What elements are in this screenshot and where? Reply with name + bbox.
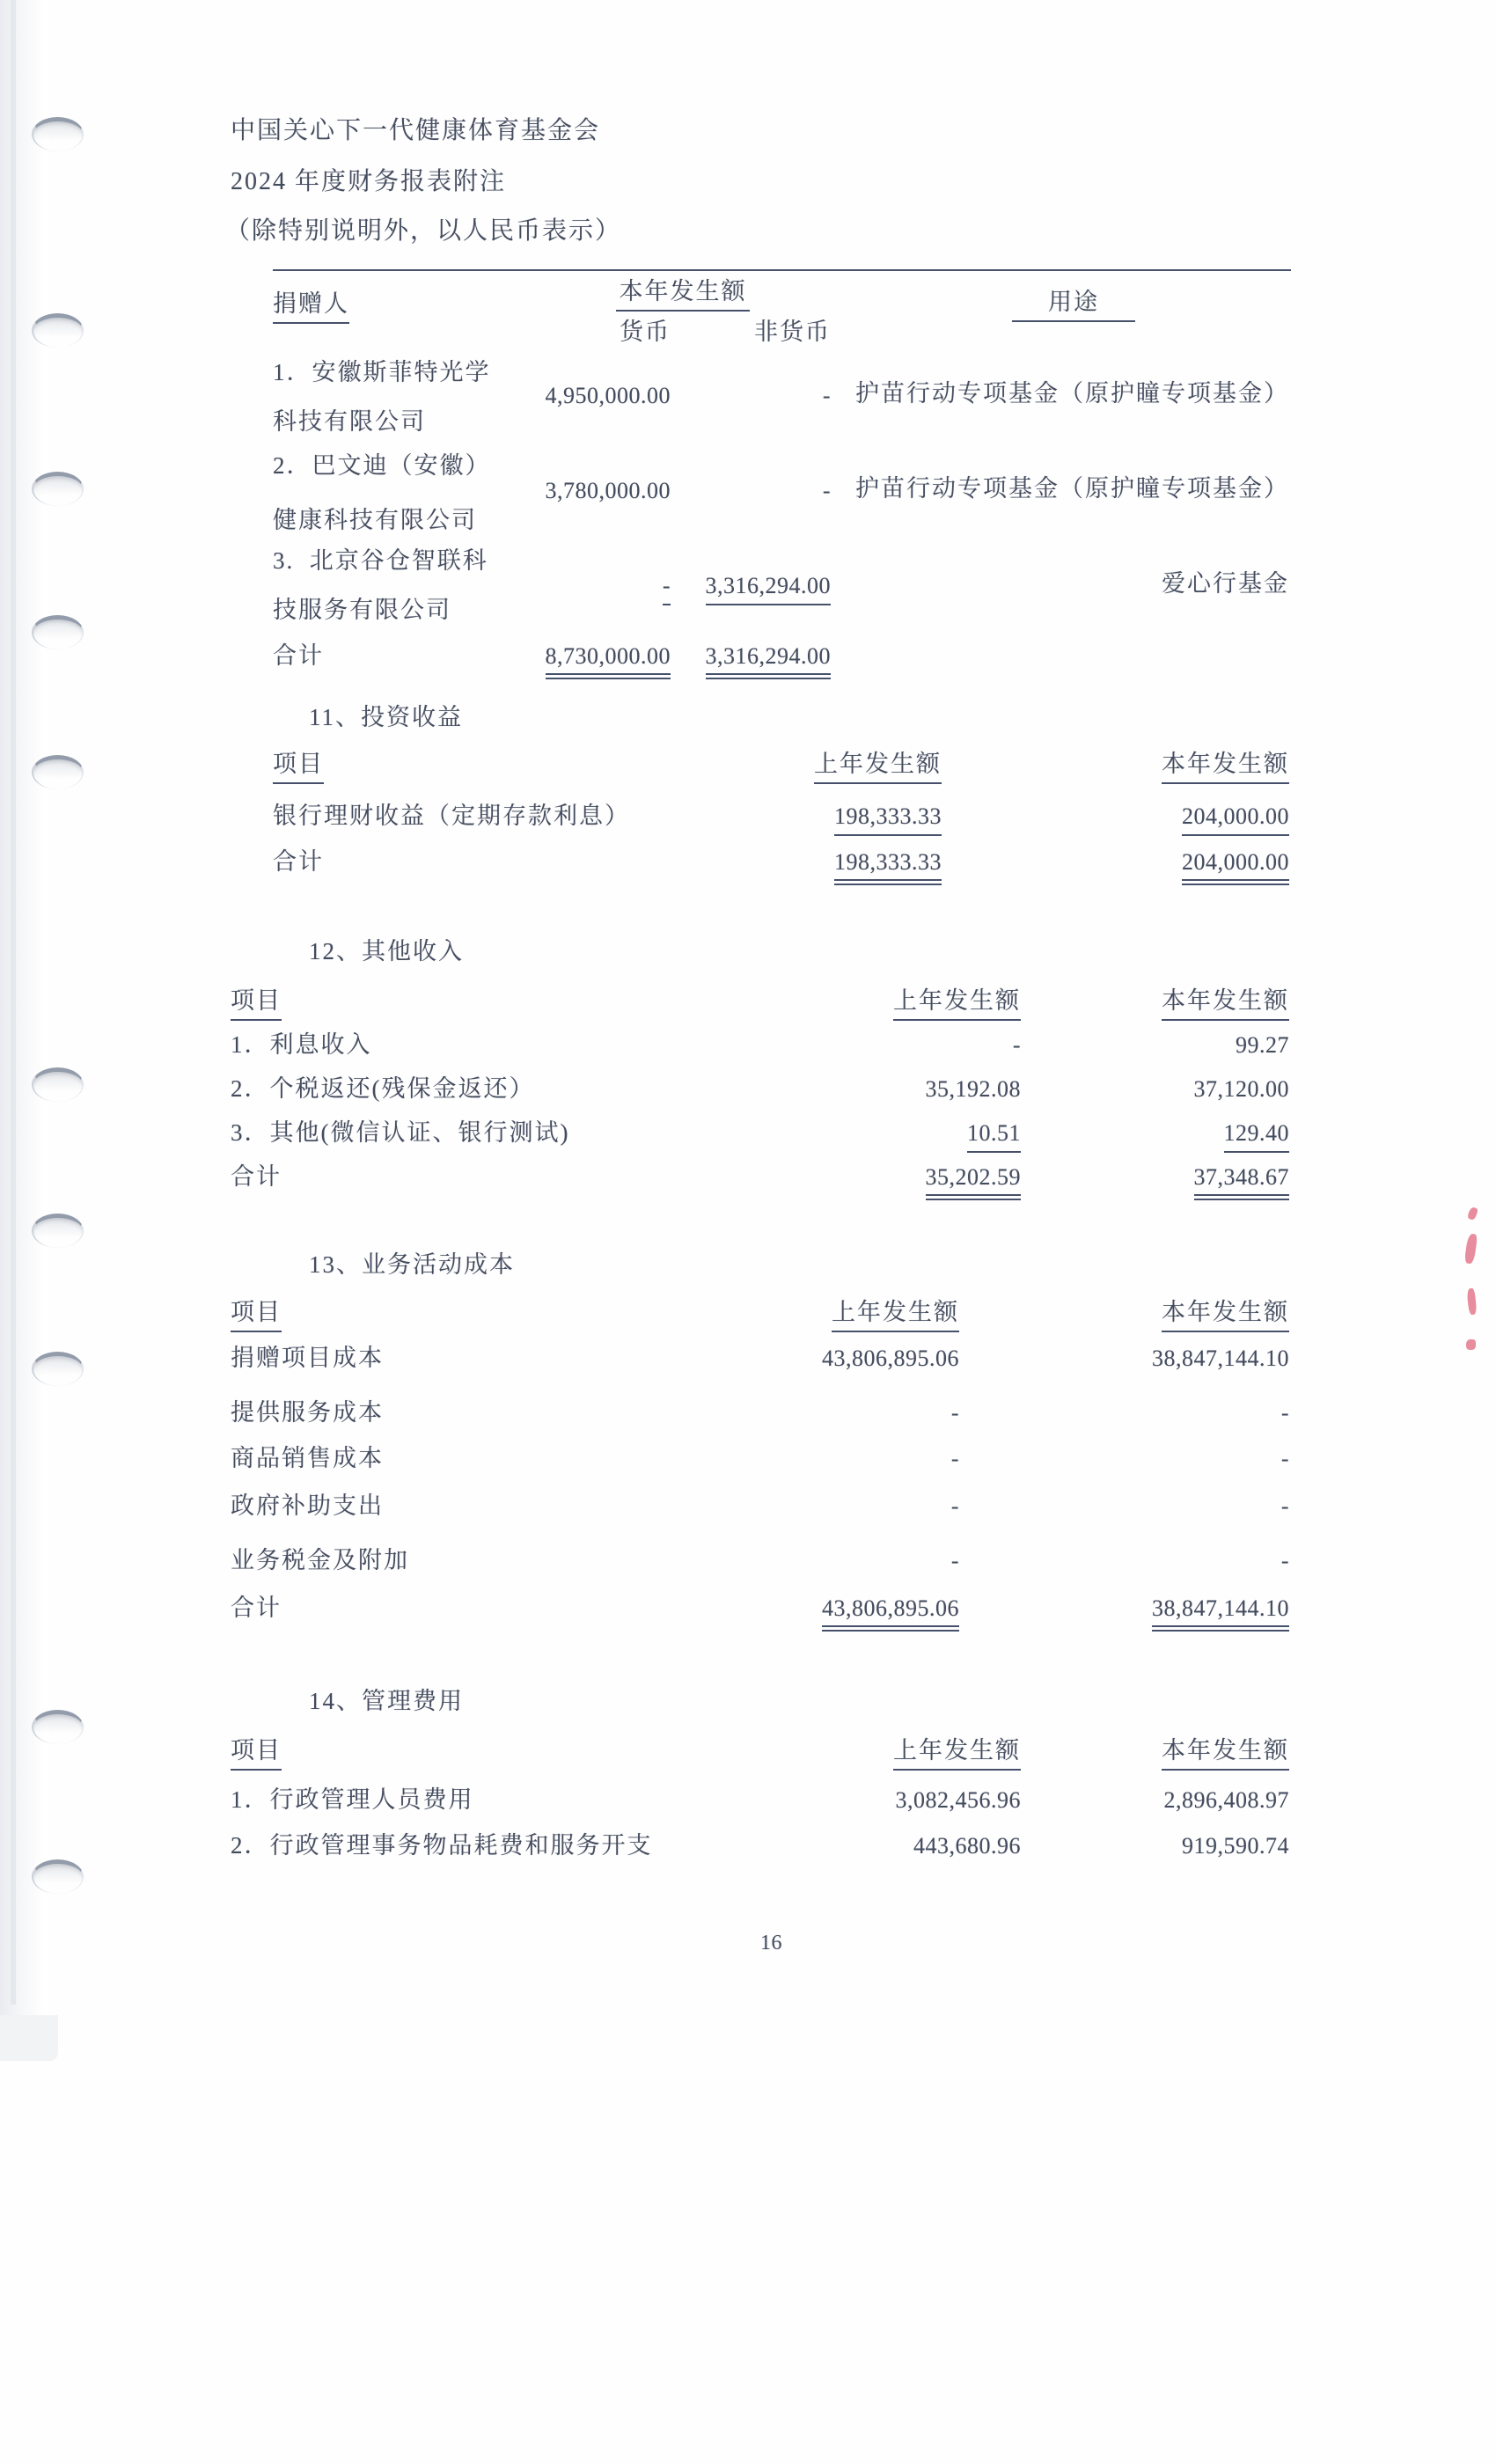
total-curr: 37,348.67 xyxy=(1194,1163,1290,1196)
red-stamp-fragment xyxy=(1467,1206,1478,1221)
row-curr: 204,000.00 xyxy=(1182,803,1289,836)
donor-total-label: 合计 xyxy=(273,641,324,671)
red-stamp-fragment xyxy=(1466,1288,1477,1316)
row-prev: - xyxy=(951,1492,959,1521)
row-curr: 38,847,144.10 xyxy=(1152,1345,1289,1373)
donor-name-line2: 科技有限公司 xyxy=(273,407,426,436)
col-noncash: 非货币 xyxy=(754,317,831,347)
col-prev-year: 上年发生额 xyxy=(893,1735,1021,1771)
row-prev: 198,333.33 xyxy=(834,803,942,836)
row-curr: - xyxy=(1281,1547,1289,1575)
row-prev: 3,082,456.96 xyxy=(896,1786,1022,1815)
total-label: 合计 xyxy=(231,1593,282,1623)
total-curr: 204,000.00 xyxy=(1182,848,1289,881)
col-item: 项目 xyxy=(231,1735,282,1771)
report-title: 2024 年度财务报表附注 xyxy=(231,167,506,197)
row-prev: 443,680.96 xyxy=(913,1832,1021,1860)
row-label: 3．其他(微信认证、银行测试) xyxy=(231,1118,569,1148)
binding-hole xyxy=(32,472,84,506)
total-prev: 35,202.59 xyxy=(926,1163,1022,1196)
row-label: 商品销售成本 xyxy=(231,1443,384,1473)
scanned-page: 中国关心下一代健康体育基金会 2024 年度财务报表附注 （除特别说明外，以人民… xyxy=(0,0,1496,2464)
donor-noncash: - xyxy=(823,382,831,410)
row-label: 政府补助支出 xyxy=(231,1491,384,1521)
binding-hole xyxy=(32,615,84,649)
donor-purpose: 爱心行基金 xyxy=(1162,568,1289,598)
row-label: 捐赠项目成本 xyxy=(231,1343,384,1373)
donor-name-line1: 2．巴文迪（安徽） xyxy=(273,451,491,480)
donor-purpose: 护苗行动专项基金（原护瞳专项基金） xyxy=(855,473,1289,503)
row-curr: 2,896,408.97 xyxy=(1164,1786,1290,1815)
col-current-year: 本年发生额 xyxy=(616,276,750,312)
donor-total-cash: 8,730,000.00 xyxy=(546,642,671,675)
binding-hole xyxy=(32,1214,84,1248)
total-label: 合计 xyxy=(273,847,324,876)
col-item: 项目 xyxy=(231,986,282,1021)
row-label: 业务税金及附加 xyxy=(231,1545,409,1575)
binding-hole xyxy=(32,117,84,151)
donor-name-line1: 1．安徽斯菲特光学 xyxy=(273,357,491,387)
binding-hole xyxy=(32,313,84,348)
page-corner-shadow xyxy=(0,2015,58,2061)
section-heading: 14、管理费用 xyxy=(309,1686,464,1716)
donor-noncash: 3,316,294.00 xyxy=(706,572,832,605)
red-stamp-fragment xyxy=(1464,1233,1478,1264)
donor-cash: 4,950,000.00 xyxy=(546,382,671,410)
total-prev: 198,333.33 xyxy=(834,848,942,881)
org-name: 中国关心下一代健康体育基金会 xyxy=(231,116,600,146)
donor-noncash: - xyxy=(823,477,831,505)
col-item: 项目 xyxy=(273,749,324,784)
col-curr-year: 本年发生额 xyxy=(1162,986,1289,1021)
red-stamp-fragment xyxy=(1466,1339,1476,1350)
section-heading: 12、其他收入 xyxy=(309,936,464,966)
row-prev: 10.51 xyxy=(967,1119,1021,1153)
binding-hole xyxy=(32,1352,84,1386)
currency-note: （除特别说明外，以人民币表示） xyxy=(225,216,621,246)
row-curr: - xyxy=(1281,1492,1289,1521)
row-prev: - xyxy=(951,1547,959,1575)
row-curr: 129.40 xyxy=(1224,1119,1290,1153)
row-prev: - xyxy=(951,1399,959,1427)
row-curr: - xyxy=(1281,1445,1289,1473)
total-label: 合计 xyxy=(231,1162,282,1192)
binding-hole xyxy=(32,755,84,789)
binding-hole xyxy=(32,1859,84,1894)
col-purpose: 用途 xyxy=(1012,287,1135,322)
binding-hole xyxy=(32,1710,84,1744)
col-prev-year: 上年发生额 xyxy=(893,986,1021,1021)
donor-name-line1: 3. 北京谷仓智联科 xyxy=(273,546,488,576)
col-donor: 捐赠人 xyxy=(273,289,349,324)
row-label: 2．行政管理事务物品耗费和服务开支 xyxy=(231,1830,653,1860)
row-prev: 43,806,895.06 xyxy=(822,1345,959,1373)
row-curr: 919,590.74 xyxy=(1182,1832,1289,1860)
donor-table-top-rule xyxy=(273,269,1291,271)
page-edge-line xyxy=(11,0,16,2005)
donor-purpose: 护苗行动专项基金（原护瞳专项基金） xyxy=(855,378,1289,408)
total-curr: 38,847,144.10 xyxy=(1152,1595,1289,1627)
row-label: 1．行政管理人员费用 xyxy=(231,1785,474,1815)
row-prev: 35,192.08 xyxy=(926,1075,1022,1104)
binding-hole xyxy=(32,1067,84,1102)
col-prev-year: 上年发生额 xyxy=(832,1297,959,1332)
row-label: 2．个税返还(残保金返还） xyxy=(231,1074,535,1104)
donor-name-line2: 技服务有限公司 xyxy=(273,595,451,625)
col-curr-year: 本年发生额 xyxy=(1162,749,1289,784)
row-curr: - xyxy=(1281,1399,1289,1427)
row-prev: - xyxy=(951,1445,959,1473)
row-prev: - xyxy=(1013,1031,1021,1060)
section-heading: 13、业务活动成本 xyxy=(309,1250,515,1280)
total-prev: 43,806,895.06 xyxy=(822,1595,959,1627)
donor-name-line2: 健康科技有限公司 xyxy=(273,505,477,535)
row-label: 银行理财收益（定期存款利息） xyxy=(273,801,630,831)
row-label: 提供服务成本 xyxy=(231,1397,384,1427)
col-cash: 货币 xyxy=(620,317,671,347)
row-label: 1．利息收入 xyxy=(231,1030,372,1060)
col-item: 项目 xyxy=(231,1297,282,1332)
col-prev-year: 上年发生额 xyxy=(814,749,942,784)
row-curr: 37,120.00 xyxy=(1194,1075,1290,1104)
col-curr-year: 本年发生额 xyxy=(1162,1735,1289,1771)
col-curr-year: 本年发生额 xyxy=(1162,1297,1289,1332)
page-number: 16 xyxy=(760,1929,782,1957)
section-heading: 11、投资收益 xyxy=(309,702,463,732)
row-curr: 99.27 xyxy=(1236,1031,1289,1060)
donor-cash: - xyxy=(663,572,671,605)
donor-cash: 3,780,000.00 xyxy=(546,477,671,505)
donor-total-noncash: 3,316,294.00 xyxy=(706,642,832,675)
